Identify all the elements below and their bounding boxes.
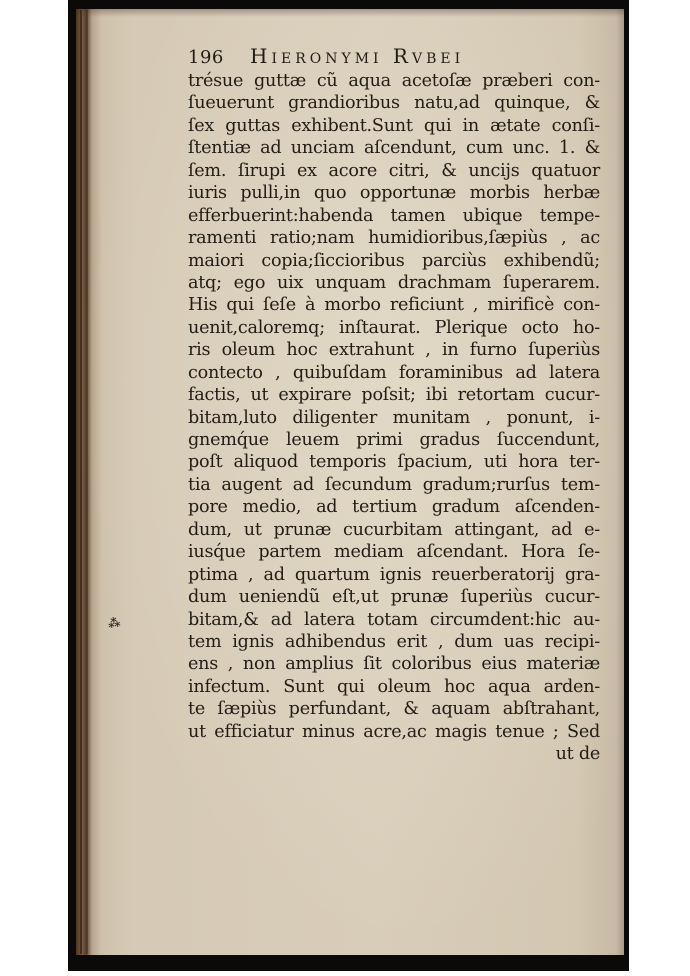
text-line: te ſæpiùs perfundant, & aquam abſtrahant…: [188, 698, 600, 720]
body-text: trésue guttæ cũ aqua acetoſæ præberi con…: [188, 70, 600, 766]
page-number: 196: [188, 47, 250, 68]
text-line: infectum. Sunt qui oleum hoc aqua arden-: [188, 676, 600, 698]
text-line: poſt aliquod temporis ſpacium, uti hora …: [188, 451, 600, 473]
text-line: efferbuerint:habenda tamen ubique tempe-: [188, 205, 600, 227]
text-line: dum, ut prunæ cucurbitam attingant, ad e…: [188, 519, 600, 541]
text-line: ut efficiatur minus acre,ac magis tenue …: [188, 721, 600, 743]
text-line: ſtentiæ ad unciam aſcendunt, cum unc. 1.…: [188, 137, 600, 159]
page-header: 196 Hieronymi Rvbei: [188, 44, 600, 70]
text-line: uenit,caloremq; inſtaurat. Plerique octo…: [188, 317, 600, 339]
text-line: ens , non amplius ſit coloribus eius mat…: [188, 653, 600, 675]
text-line: maiori copia;ſiccioribus parciùs exhiben…: [188, 250, 600, 272]
text-line: dum ueniendũ eſt,ut prunæ ſuperiùs cucur…: [188, 586, 600, 608]
text-line: ſueuerunt grandioribus natu,ad quinque, …: [188, 92, 600, 114]
text-line: contecto , quibuſdam foraminibus ad late…: [188, 362, 600, 384]
spine-edge: [80, 10, 82, 954]
text-line: gnemq́ue leuem primi gradus ſuccendunt,: [188, 429, 600, 451]
text-line: ptima , ad quartum ignis reuerberatorij …: [188, 564, 600, 586]
text-line: bitam,& ad latera totam circumdent:hic a…: [188, 609, 600, 631]
catchword: ut de: [188, 743, 600, 765]
text-line: ris oleum hoc extrahunt , in furno ſuper…: [188, 339, 600, 361]
text-line: ſex guttas exhibent.Sunt qui in ætate co…: [188, 115, 600, 137]
text-line: ſem. ſirupi ex acore citri, & uncijs qua…: [188, 160, 600, 182]
text-line: tia augent ad ſecundum gradum;rurſus tem…: [188, 474, 600, 496]
text-line: trésue guttæ cũ aqua acetoſæ præberi con…: [188, 70, 600, 92]
text-line: factis, ut expirare poſsit; ibi retortam…: [188, 384, 600, 406]
text-line: atq; ego uix unquam drachmam ſuperarem.: [188, 272, 600, 294]
text-line: pore medio, ad tertium gradum aſcenden-: [188, 496, 600, 518]
text-line: iusq́ue partem mediam aſcendant. Hora ſe…: [188, 541, 600, 563]
text-block: 196 Hieronymi Rvbei trésue guttæ cũ aqua…: [188, 44, 600, 766]
running-head: Hieronymi Rvbei: [250, 44, 464, 68]
text-line: bitam,luto diligenter munitam , ponunt, …: [188, 407, 600, 429]
text-line: His qui ſeſe à morbo reficiunt , mirific…: [188, 294, 600, 316]
text-line: tem ignis adhibendus erit , dum uas reci…: [188, 631, 600, 653]
text-line: iuris pulli,in quo opportunæ morbis herb…: [188, 182, 600, 204]
margin-mark: ⁂: [107, 615, 122, 631]
spine-edge-inner: [86, 10, 88, 954]
text-line: ramenti ratio;nam humidioribus,ſæpiùs , …: [188, 227, 600, 249]
